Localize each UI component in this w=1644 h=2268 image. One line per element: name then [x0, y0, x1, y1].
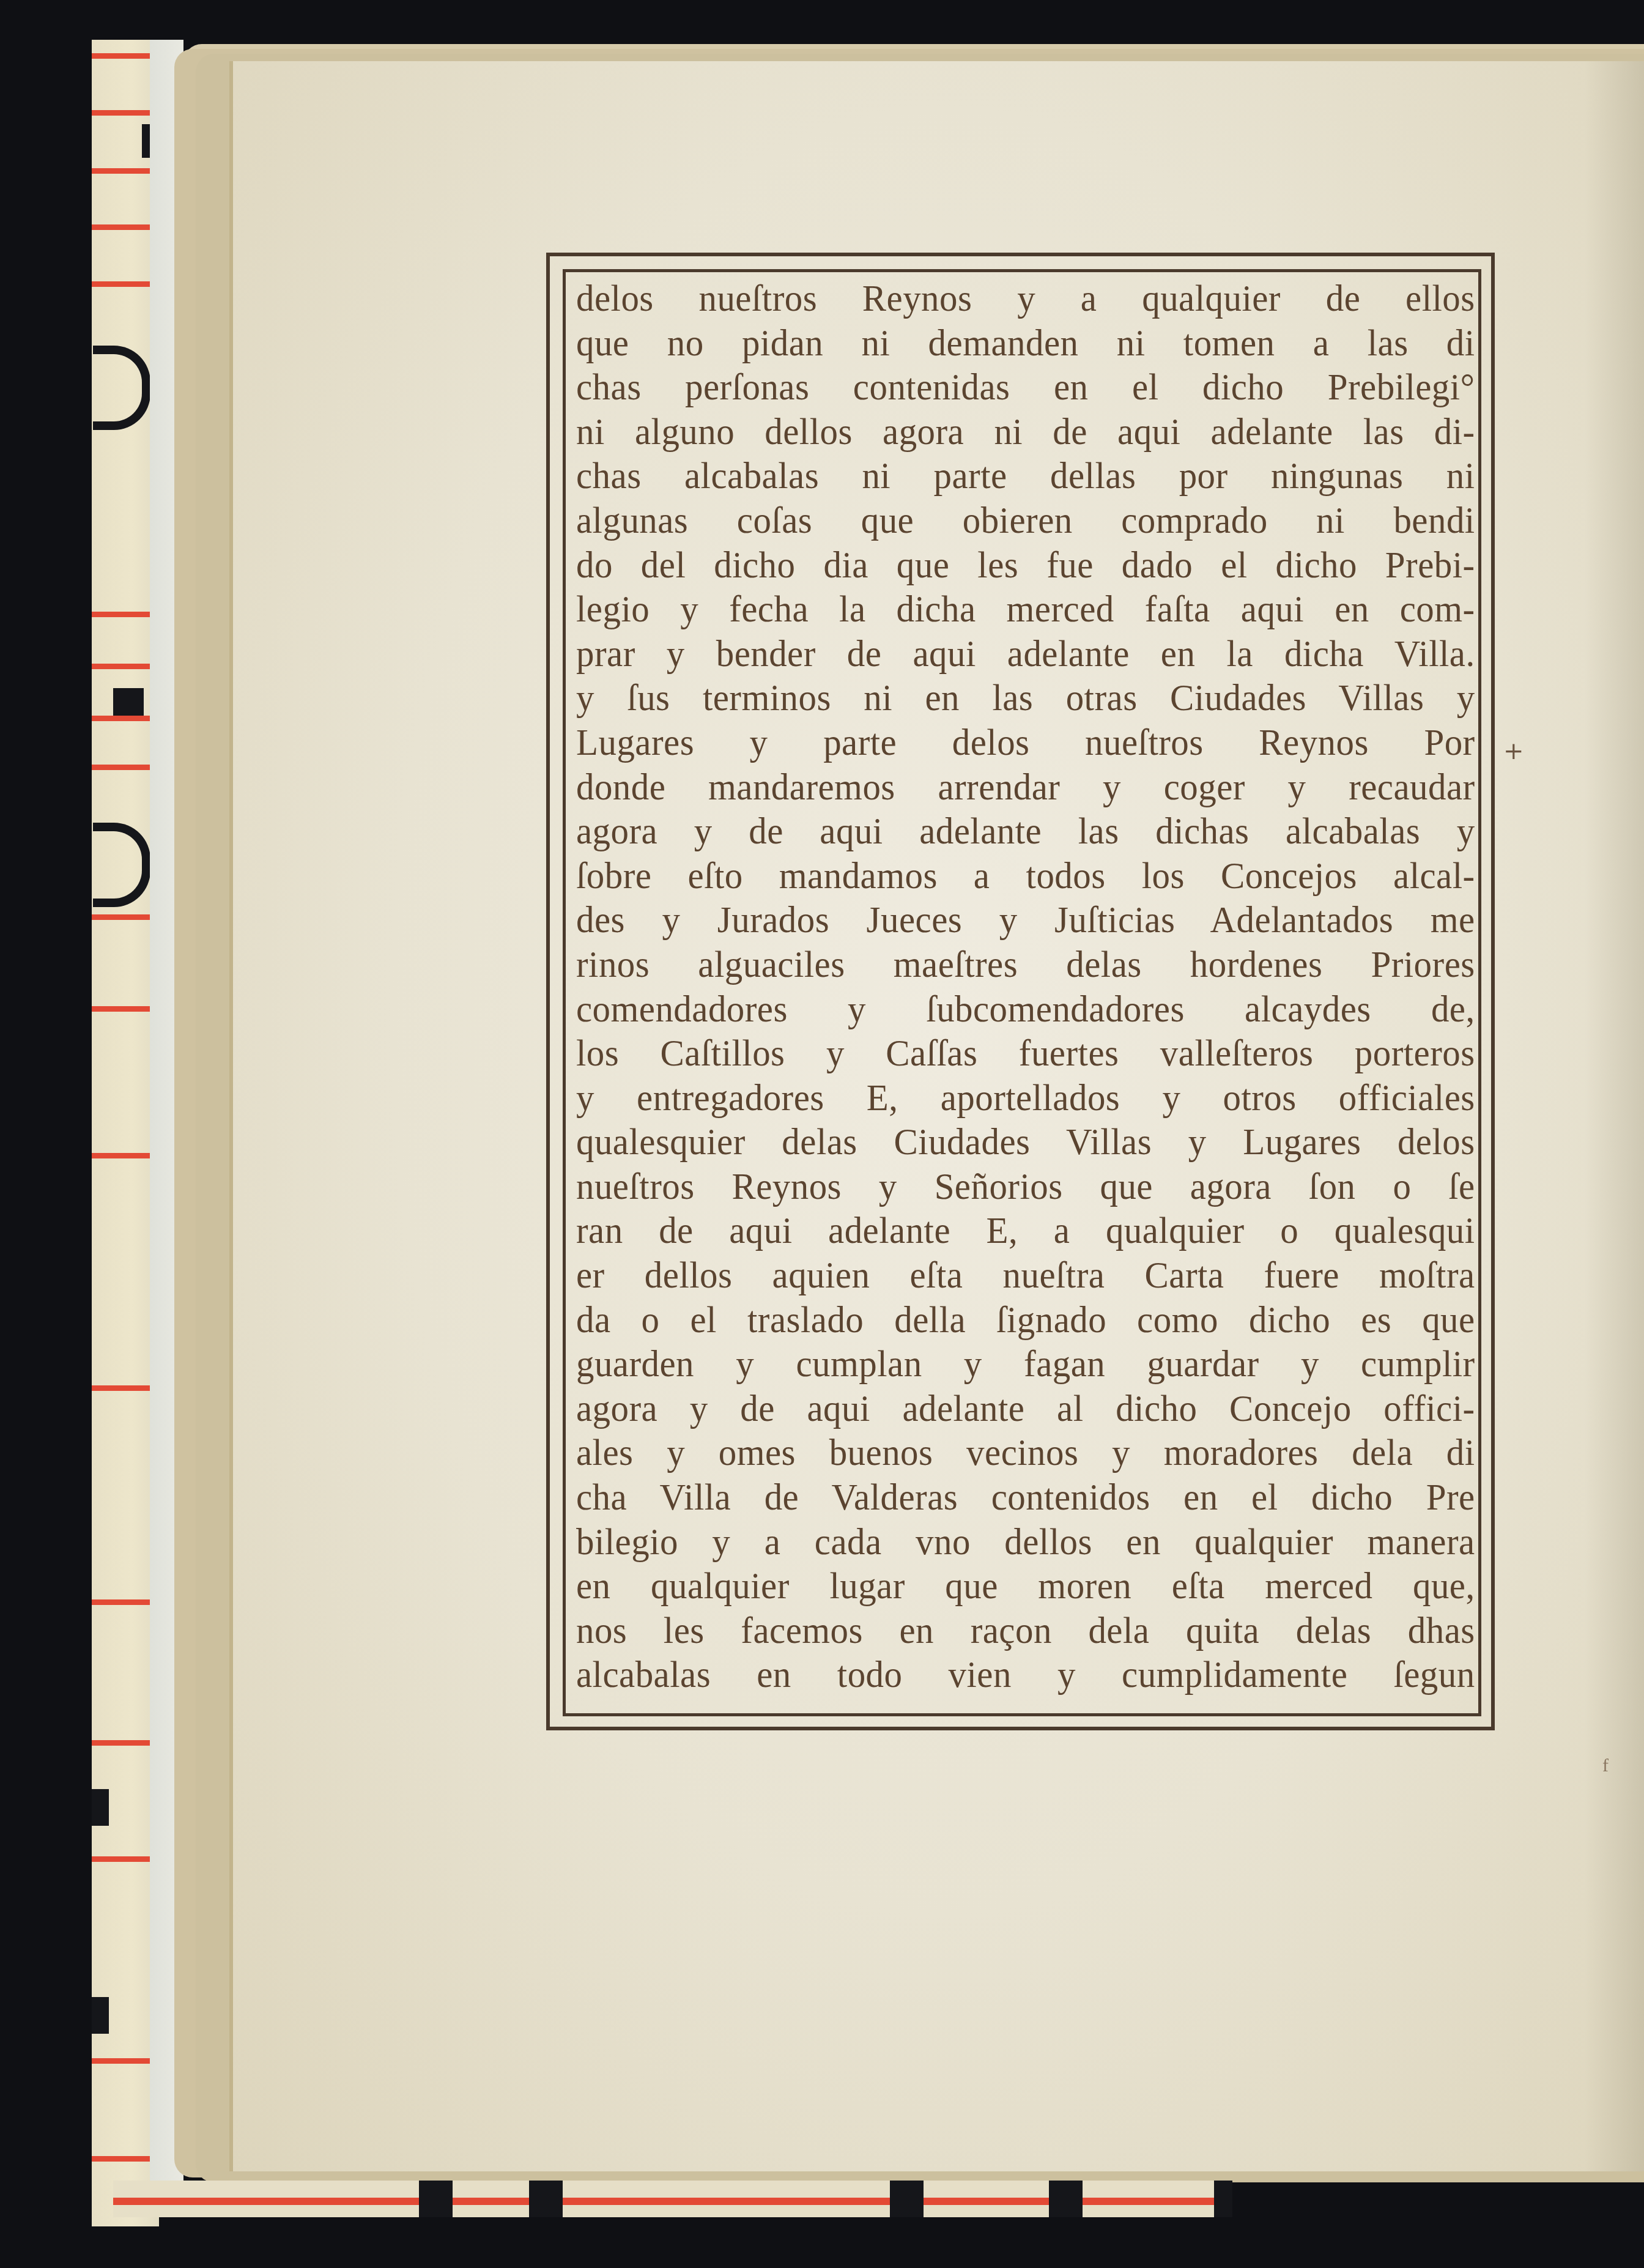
text-line: chas perſonas contenidas en el dicho Pre…	[576, 365, 1475, 410]
text-line: nos les facemos en raçon dela quita dela…	[576, 1609, 1475, 1653]
text-line: ni alguno dellos agora ni de aqui adelan…	[576, 410, 1475, 454]
ruler-tick	[92, 110, 156, 116]
text-line: rinos alguaciles maeſtres delas hordenes…	[576, 943, 1475, 987]
text-line: ſobre eſto mandamos a todos los Concejos…	[576, 854, 1475, 899]
text-line: nueſtros Reynos y Señorios que agora ſon…	[576, 1165, 1475, 1209]
ruler-tick	[92, 914, 156, 920]
text-line: guarden y cumplan y fagan guardar y cump…	[576, 1342, 1475, 1387]
text-line: agora y de aqui adelante las dichas alca…	[576, 809, 1475, 854]
ruler-black-block	[1049, 2181, 1083, 2217]
text-line: comendadores y ſubcomendadores alcaydes …	[576, 987, 1475, 1032]
ruler-tick	[92, 1385, 156, 1391]
text-line: agora y de aqui adelante al dicho Concej…	[576, 1387, 1475, 1431]
ruler-tick	[92, 224, 156, 230]
marginal-pen-mark: f	[1602, 1755, 1609, 1776]
ruler-tick	[92, 1740, 156, 1746]
text-line: qualesquier delas Ciudades Villas y Luga…	[576, 1120, 1475, 1165]
text-line: delos nueſtros Reynos y a qualquier de e…	[576, 276, 1475, 321]
ruler-tick	[92, 53, 156, 59]
ruler-tick	[92, 1856, 156, 1862]
text-line: donde mandaremos arrendar y coger y reca…	[576, 765, 1475, 810]
text-line: legio y fecha la dicha merced faſta aqui…	[576, 587, 1475, 632]
text-line: bilegio y a cada vno dellos en qualquier…	[576, 1520, 1475, 1565]
text-line: chas alcabalas ni parte dellas por ningu…	[576, 454, 1475, 498]
text-line: y entregadores E, aportellados y otros o…	[576, 1076, 1475, 1121]
text-line: des y Jurados Jueces y Juſticias Adelant…	[576, 898, 1475, 943]
ruler-black-block	[92, 1789, 109, 1826]
ruler-black-block	[92, 1997, 109, 2034]
text-line: que no pidan ni demanden ni tomen a las …	[576, 321, 1475, 366]
ruler-curl-glyph	[93, 823, 150, 907]
ruler-tick	[92, 1006, 156, 1012]
ruler-tick	[92, 765, 156, 770]
ruler-black-block	[890, 2181, 924, 2217]
text-line: ales y omes buenos vecinos y moradores d…	[576, 1431, 1475, 1475]
text-line: da o el traslado della ſignado como dich…	[576, 1298, 1475, 1343]
ruler-tick	[92, 1599, 156, 1605]
ruler-tick	[92, 612, 156, 617]
ruler-tick	[92, 2156, 156, 2162]
ruler-tick	[92, 281, 156, 287]
text-line: do del dicho dia que les fue dado el dic…	[576, 543, 1475, 588]
text-line: alcabalas en todo vien y cumplidamente ſ…	[576, 1653, 1475, 1697]
ruler-tick	[92, 716, 156, 721]
marginal-cross-mark: +	[1503, 737, 1524, 765]
text-line: cha Villa de Valderas contenidos en el d…	[576, 1475, 1475, 1520]
text-line: algunas coſas que obieren comprado ni be…	[576, 498, 1475, 543]
ruler-curl-glyph	[93, 346, 150, 430]
ruler-black-block	[113, 688, 144, 717]
text-line: Lugares y parte delos nueſtros Reynos Po…	[576, 721, 1475, 765]
ruler-black-block	[529, 2181, 563, 2217]
ruler-tick	[92, 168, 156, 174]
text-line: los Caſtillos y Caſſas fuertes valleſter…	[576, 1031, 1475, 1076]
text-line: ran de aqui adelante E, a qualquier o qu…	[576, 1209, 1475, 1253]
ruler-black-block	[419, 2181, 453, 2217]
text-line: en qualquier lugar que moren eſta merced…	[576, 1564, 1475, 1609]
color-scale-ruler-left	[92, 40, 159, 2226]
ruler-tick	[92, 664, 156, 669]
ruler-tick	[92, 1153, 156, 1158]
text-line: prar y bender de aqui adelante en la dic…	[576, 632, 1475, 676]
page-shadow	[1585, 61, 1644, 2171]
ruler-black-block	[1214, 2181, 1232, 2217]
color-scale-ruler-bottom	[113, 2181, 1226, 2217]
text-line: y ſus terminos ni en las otras Ciudades …	[576, 676, 1475, 721]
ruler-tick	[92, 2058, 156, 2064]
manuscript-text-block: delos nueſtros Reynos y a qualquier de e…	[576, 276, 1475, 1697]
text-line: er dellos aquien eſta nueſtra Carta fuer…	[576, 1253, 1475, 1298]
